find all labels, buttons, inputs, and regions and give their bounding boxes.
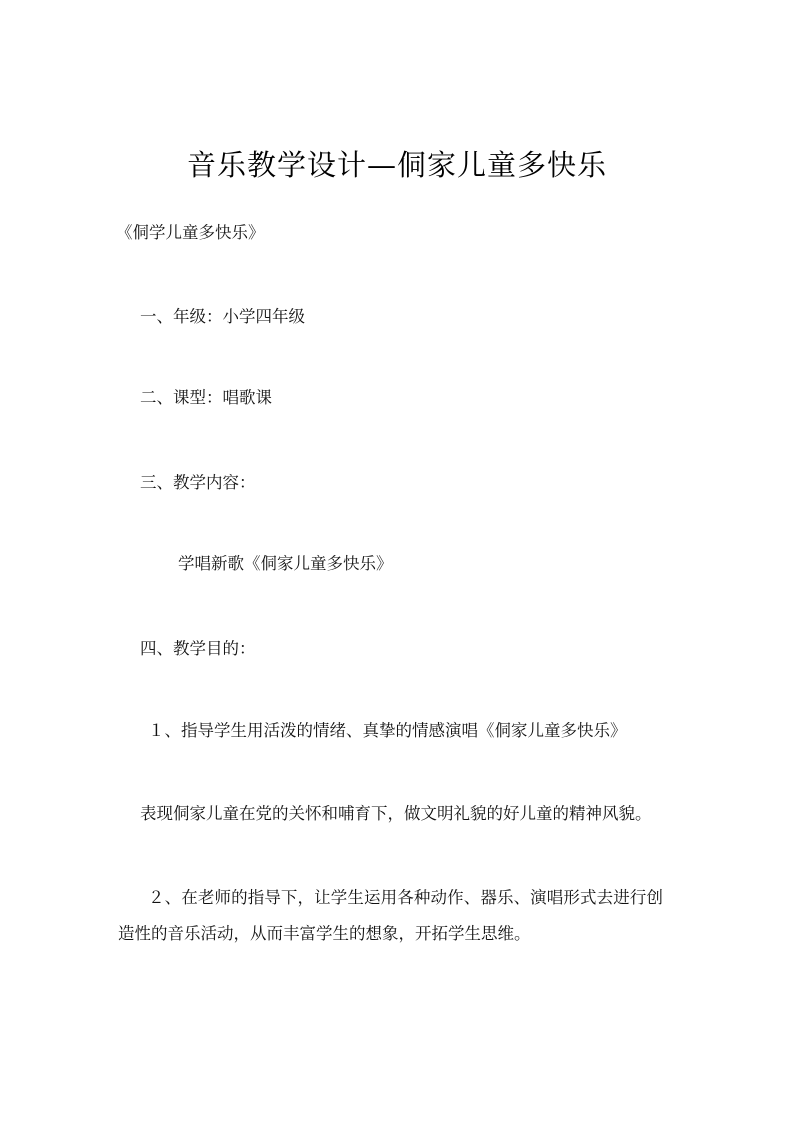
objective-1-continued: 表现侗家儿童在党的关怀和哺育下，做文明礼貌的好儿童的精神风貌。 bbox=[118, 796, 663, 832]
document-title: 音乐教学设计—侗家儿童多快乐 bbox=[0, 146, 794, 184]
document-subtitle: 《侗学儿童多快乐》 bbox=[116, 222, 265, 244]
section-objectives-heading: 四、教学目的： bbox=[140, 638, 256, 660]
section-content-heading: 三、教学内容： bbox=[140, 472, 256, 494]
document-page: 音乐教学设计—侗家儿童多快乐 《侗学儿童多快乐》 一、年级：小学四年级 二、课型… bbox=[0, 0, 794, 1123]
objective-1: １、指导学生用活泼的情绪、真挚的情感演唱《侗家儿童多快乐》 bbox=[118, 713, 663, 749]
section-grade: 一、年级：小学四年级 bbox=[140, 306, 305, 328]
section-lesson-type: 二、课型：唱歌课 bbox=[140, 387, 272, 409]
section-content-body: 学唱新歌《侗家儿童多快乐》 bbox=[178, 553, 393, 575]
objective-2: ２、在老师的指导下，让学生运用各种动作、器乐、演唱形式去进行创造性的音乐活动，从… bbox=[118, 880, 663, 952]
